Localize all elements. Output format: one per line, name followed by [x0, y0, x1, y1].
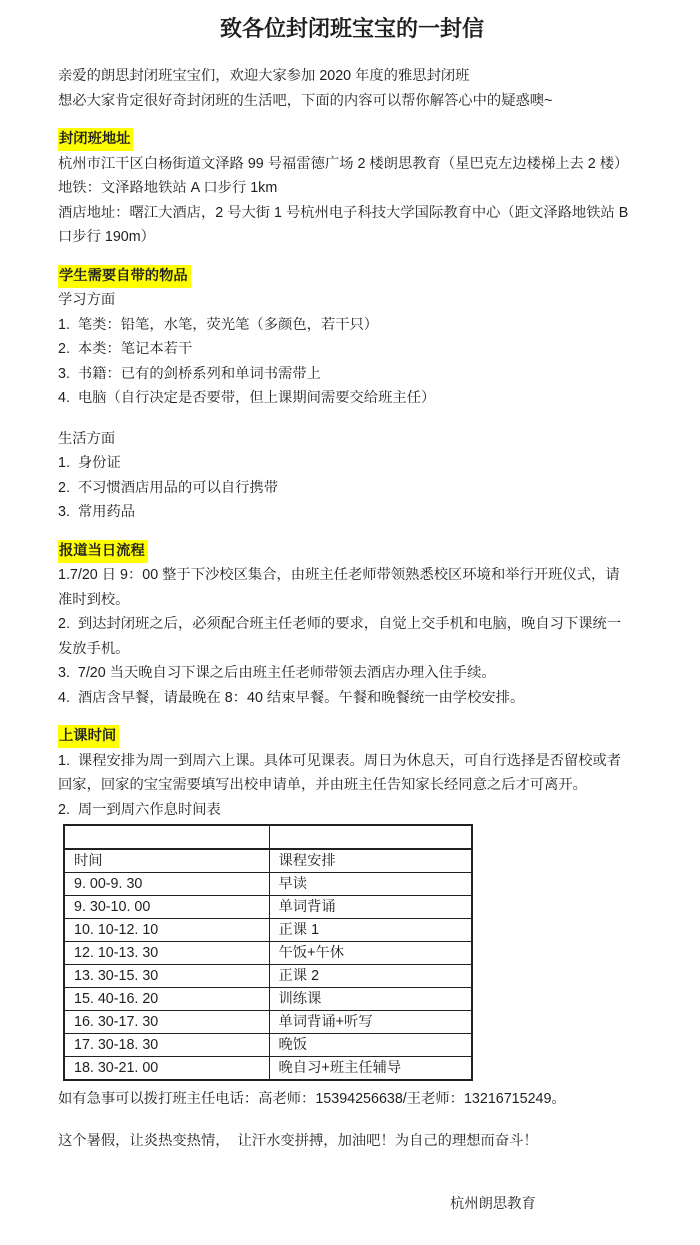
letter-document: 致各位封闭班宝宝的一封信 亲爱的朗思封闭班宝宝们，欢迎大家参加 2020 年度的…: [0, 0, 700, 1245]
intro-line-2: 想必大家肯定很好奇封闭班的生活吧，下面的内容可以帮你解答心中的疑惑噢~: [58, 89, 664, 114]
time-cell: 17. 30-18. 30: [64, 1034, 269, 1057]
activity-column-header: 课程安排: [269, 849, 472, 873]
classtime-item: 1. 课程安排为周一到周六上课。具体可见课表。周日为休息天，可自行选择是否留校或…: [58, 749, 664, 798]
items-heading-row: 学生需要自带的物品: [58, 264, 664, 289]
life-label: 生活方面: [58, 427, 664, 452]
closing-line: 这个暑假，让炎热变热情， 让汗水变拼搏，加油吧！为自己的理想而奋斗！: [58, 1129, 664, 1154]
study-item: 1. 笔类：铅笔，水笔，荧光笔（多颜色，若干只）: [58, 313, 664, 338]
table-row: 18. 30-21. 00 晚自习+班主任辅导: [64, 1057, 472, 1081]
table-empty-row: [64, 825, 472, 849]
activity-cell: 单词背诵: [269, 896, 472, 919]
table-row: 9. 30-10. 00 单词背诵: [64, 896, 472, 919]
activity-cell: 晚自习+班主任辅导: [269, 1057, 472, 1081]
activity-cell: 单词背诵+听写: [269, 1011, 472, 1034]
table-row: 10. 10-12. 10 正课 1: [64, 919, 472, 942]
address-hotel-line: 酒店地址：曙江大酒店，2 号大街 1 号杭州电子科技大学国际教育中心（距文泽路地…: [58, 201, 664, 250]
items-heading: 学生需要自带的物品: [58, 265, 191, 288]
report-item: 2. 到达封闭班之后，必须配合班主任老师的要求，自觉上交手机和电脑，晚自习下课统…: [58, 612, 664, 661]
study-item: 4. 电脑（自行决定是否要带，但上课期间需要交给班主任）: [58, 386, 664, 411]
time-column-header: 时间: [64, 849, 269, 873]
study-item: 2. 本类：笔记本若干: [58, 337, 664, 362]
classtime-item: 2. 周一到周六作息时间表: [58, 798, 664, 823]
items-to-bring-section: 学生需要自带的物品 学习方面 1. 笔类：铅笔，水笔，荧光笔（多颜色，若干只） …: [58, 264, 664, 525]
table-row: 12. 10-13. 30 午饭+午休: [64, 942, 472, 965]
class-time-section: 上课时间 1. 课程安排为周一到周六上课。具体可见课表。周日为休息天，可自行选择…: [58, 724, 664, 822]
classtime-heading-row: 上课时间: [58, 724, 664, 749]
signature: 杭州朗思教育: [58, 1192, 664, 1217]
report-day-section: 报道当日流程 1.7/20 日 9：00 整于下沙校区集合，由班主任老师带领熟悉…: [58, 539, 664, 711]
schedule-table: 时间 课程安排 9. 00-9. 30 早读 9. 30-10. 00 单词背诵…: [63, 824, 473, 1081]
time-cell: 12. 10-13. 30: [64, 942, 269, 965]
table-header-row: 时间 课程安排: [64, 849, 472, 873]
activity-cell: 晚饭: [269, 1034, 472, 1057]
study-label: 学习方面: [58, 288, 664, 313]
contact-line: 如有急事可以拨打班主任电话：高老师：15394256638/王老师：132167…: [58, 1087, 664, 1112]
time-cell: 18. 30-21. 00: [64, 1057, 269, 1081]
classtime-heading: 上课时间: [58, 725, 119, 748]
table-row: 17. 30-18. 30 晚饭: [64, 1034, 472, 1057]
activity-cell-empty: [269, 825, 472, 849]
activity-cell: 午饭+午休: [269, 942, 472, 965]
page-title: 致各位封闭班宝宝的一封信: [40, 14, 664, 44]
activity-cell: 训练课: [269, 988, 472, 1011]
activity-cell: 早读: [269, 873, 472, 896]
report-heading-row: 报道当日流程: [58, 539, 664, 564]
time-cell: 10. 10-12. 10: [64, 919, 269, 942]
report-item: 1.7/20 日 9：00 整于下沙校区集合，由班主任老师带领熟悉校区环境和举行…: [58, 563, 664, 612]
intro-block: 亲爱的朗思封闭班宝宝们，欢迎大家参加 2020 年度的雅思封闭班 想必大家肯定很…: [58, 64, 664, 113]
time-cell-empty: [64, 825, 269, 849]
time-cell: 16. 30-17. 30: [64, 1011, 269, 1034]
table-row: 16. 30-17. 30 单词背诵+听写: [64, 1011, 472, 1034]
intro-line-1: 亲爱的朗思封闭班宝宝们，欢迎大家参加 2020 年度的雅思封闭班: [58, 64, 664, 89]
time-cell: 13. 30-15. 30: [64, 965, 269, 988]
life-item: 1. 身份证: [58, 451, 664, 476]
address-campus-line: 杭州市江干区白杨街道文泽路 99 号福雷德广场 2 楼朗思教育（星巴克左边楼梯上…: [58, 152, 664, 177]
life-item: 3. 常用药品: [58, 500, 664, 525]
time-cell: 15. 40-16. 20: [64, 988, 269, 1011]
address-heading-row: 封闭班地址: [58, 127, 664, 152]
address-metro-line: 地铁：文泽路地铁站 A 口步行 1km: [58, 176, 664, 201]
table-row: 13. 30-15. 30 正课 2: [64, 965, 472, 988]
activity-cell: 正课 1: [269, 919, 472, 942]
address-heading: 封闭班地址: [58, 128, 133, 151]
report-item: 4. 酒店含早餐，请最晚在 8：40 结束早餐。午餐和晚餐统一由学校安排。: [58, 686, 664, 711]
activity-cell: 正课 2: [269, 965, 472, 988]
study-item: 3. 书籍：已有的剑桥系列和单词书需带上: [58, 362, 664, 387]
address-section: 封闭班地址 杭州市江干区白杨街道文泽路 99 号福雷德广场 2 楼朗思教育（星巴…: [58, 127, 664, 250]
time-cell: 9. 30-10. 00: [64, 896, 269, 919]
table-row: 9. 00-9. 30 早读: [64, 873, 472, 896]
time-cell: 9. 00-9. 30: [64, 873, 269, 896]
report-item: 3. 7/20 当天晚自习下课之后由班主任老师带领去酒店办理入住手续。: [58, 661, 664, 686]
report-heading: 报道当日流程: [58, 540, 148, 563]
table-row: 15. 40-16. 20 训练课: [64, 988, 472, 1011]
life-item: 2. 不习惯酒店用品的可以自行携带: [58, 476, 664, 501]
